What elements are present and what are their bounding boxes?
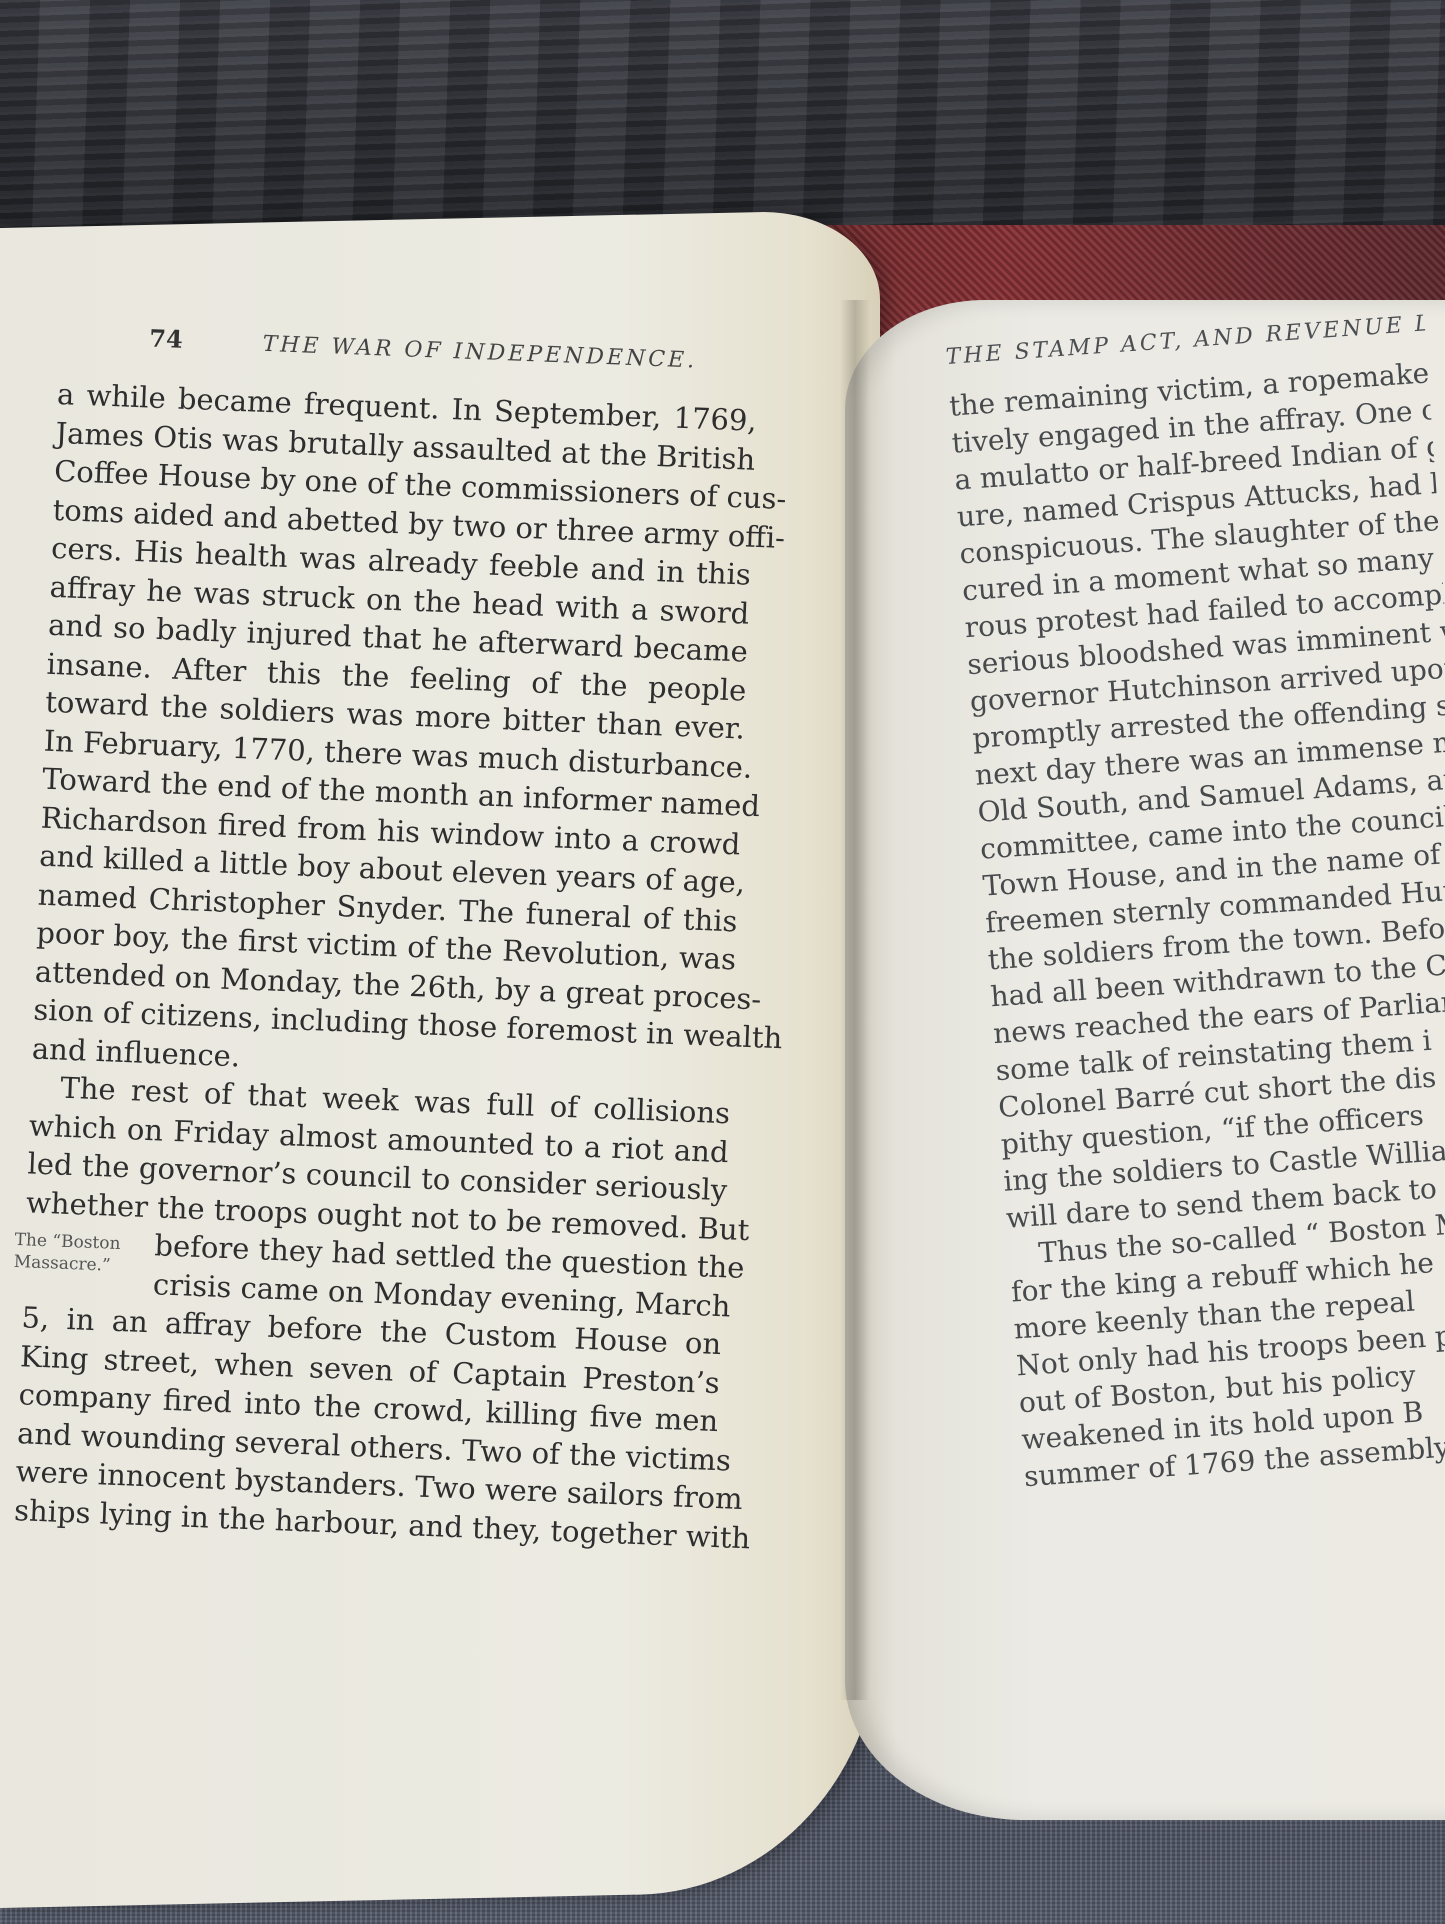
left-page-text: 74 THE WAR OF INDEPENDENCE. a while beca… (14, 320, 810, 1558)
right-page-text: THE STAMP ACT, AND REVENUE LA the remain… (945, 302, 1445, 1495)
page-number: 74 (149, 323, 183, 353)
book-gutter (840, 300, 870, 1700)
marginal-note: The “Boston Massacre.” (13, 1229, 135, 1278)
